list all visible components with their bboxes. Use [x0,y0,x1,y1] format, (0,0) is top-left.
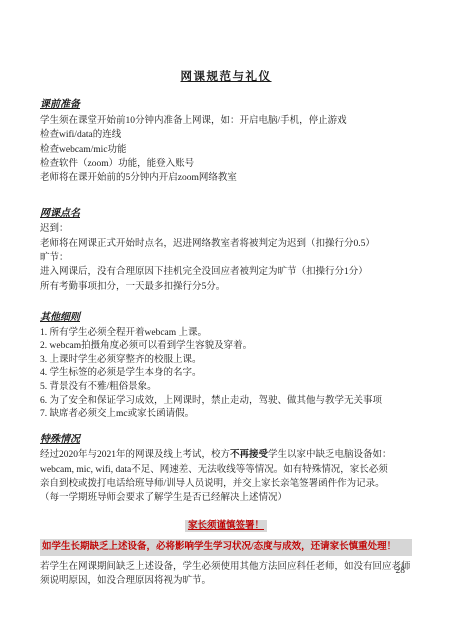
title-row: 网课规范与礼仪 [40,70,412,85]
text-line: 旷节： [40,251,412,265]
text-line: 检查软件（zoom）功能，能登入账号 [40,157,412,171]
special-intro-line: 经过2020年与2021年的网课及线上考试，校方不再接受学生以家中缺乏电脑设备如… [40,448,412,462]
signature-warning-row: 家长须谨慎签署！ [40,519,412,533]
numbered-rule-line: 1. 所有学生必须全程开着webcam 上课。 [40,327,412,341]
text-line: 进入网课后，没有合理原因下挂机完全没回应者被判定为旷节（扣操行分1分） [40,265,412,279]
section-other-rules: 其他细则 1. 所有学生必须全程开着webcam 上课。2. webcam拍摄角… [40,311,412,422]
text-line: 迟到： [40,222,412,236]
signature-warning-text: 家长须谨慎签署！ [185,520,267,532]
text-line: （每一学期班导师会要求了解学生是否已经解决上述情况） [40,491,412,505]
text-line: 老师将在网课正式开始时点名，迟进网络教室者将被判定为迟到（扣操行分0.5） [40,237,412,251]
numbered-rule-line: 2. webcam拍摄角度必须可以看到学生容貌及穿着。 [40,340,412,354]
special-intro-bold: 不再接受 [230,450,268,460]
text-line: webcam, mic, wifi, data不足、网速差、无法收线等等情况。如… [40,463,412,477]
text-line: 若学生在网课期间缺乏上述设备，学生必须使用其他方法回应科任老师，如没有回应老师 [40,560,412,574]
special-intro-suffix: 学生以家中缺乏电脑设备如： [268,450,392,460]
page-number: 28 [396,564,406,578]
text-line: 检查wifi/data的连线 [40,128,412,142]
section-body-roll-call: 迟到：老师将在网课正式开始时点名，迟进网络教室者将被判定为迟到（扣操行分0.5）… [40,222,412,294]
special-intro-prefix: 经过2020年与2021年的网课及线上考试，校方 [40,450,230,460]
section-roll-call: 网课点名 迟到：老师将在网课正式开始时点名，迟进网络教室者将被判定为迟到（扣操行… [40,207,412,294]
section-pre-class-preparation: 课前准备 学生须在课堂开始前10分钟内准备上网课，如：开启电脑/手机，停止游戏检… [40,98,412,185]
text-line: 亲自到校或拨打电话给班导师/训导人员说明，并交上家长亲笔签署函件作为记录。 [40,477,412,491]
section-heading-special-cases: 特殊情况 [40,433,80,447]
section-body-other-rules: 1. 所有学生必须全程开着webcam 上课。2. webcam拍摄角度必须可以… [40,327,412,422]
section-body-pre-class: 学生须在课堂开始前10分钟内准备上网课，如：开启电脑/手机，停止游戏检查wifi… [40,114,412,186]
device-warning-text: 如学生长期缺乏上述设备，必将影响学生学习状况/态度与成效，还请家长慎重处理！ [40,539,412,555]
document-page: 网课规范与礼仪 课前准备 学生须在课堂开始前10分钟内准备上网课，如：开启电脑/… [0,0,452,640]
section-heading-other-rules: 其他细则 [40,311,80,325]
text-line: 所有考勤事项扣分，一天最多扣操行分5分。 [40,280,412,294]
text-line: 须说明原因，如没合理原因将视为旷节。 [40,574,412,588]
text-line: 学生须在课堂开始前10分钟内准备上网课，如：开启电脑/手机，停止游戏 [40,114,412,128]
numbered-rule-line: 5. 背景没有不雅/粗俗景象。 [40,381,412,395]
document-title: 网课规范与礼仪 [181,71,272,83]
numbered-rule-line: 4. 学生标签的必须是学生本身的名字。 [40,367,412,381]
text-line: 老师将在课开始前的5分钟内开启zoom网络教室 [40,171,412,185]
followup-paragraph: 若学生在网课期间缺乏上述设备，学生必须使用其他方法回应科任老师，如没有回应老师须… [40,560,412,589]
section-heading-roll-call: 网课点名 [40,207,80,221]
section-special-cases: 特殊情况 经过2020年与2021年的网课及线上考试，校方不再接受学生以家中缺乏… [40,433,412,506]
section-heading-pre-class: 课前准备 [40,98,80,112]
section-body-special-cases: webcam, mic, wifi, data不足、网速差、无法收线等等情况。如… [40,463,412,506]
numbered-rule-line: 7. 缺席者必须交上mc或家长函请假。 [40,408,412,422]
numbered-rule-line: 3. 上课时学生必须穿整齐的校服上课。 [40,354,412,368]
text-line: 检查webcam/mic功能 [40,143,412,157]
numbered-rule-line: 6. 为了安全和保证学习成效，上网课时，禁止走动，驾驶、做其他与教学无关事项 [40,395,412,409]
